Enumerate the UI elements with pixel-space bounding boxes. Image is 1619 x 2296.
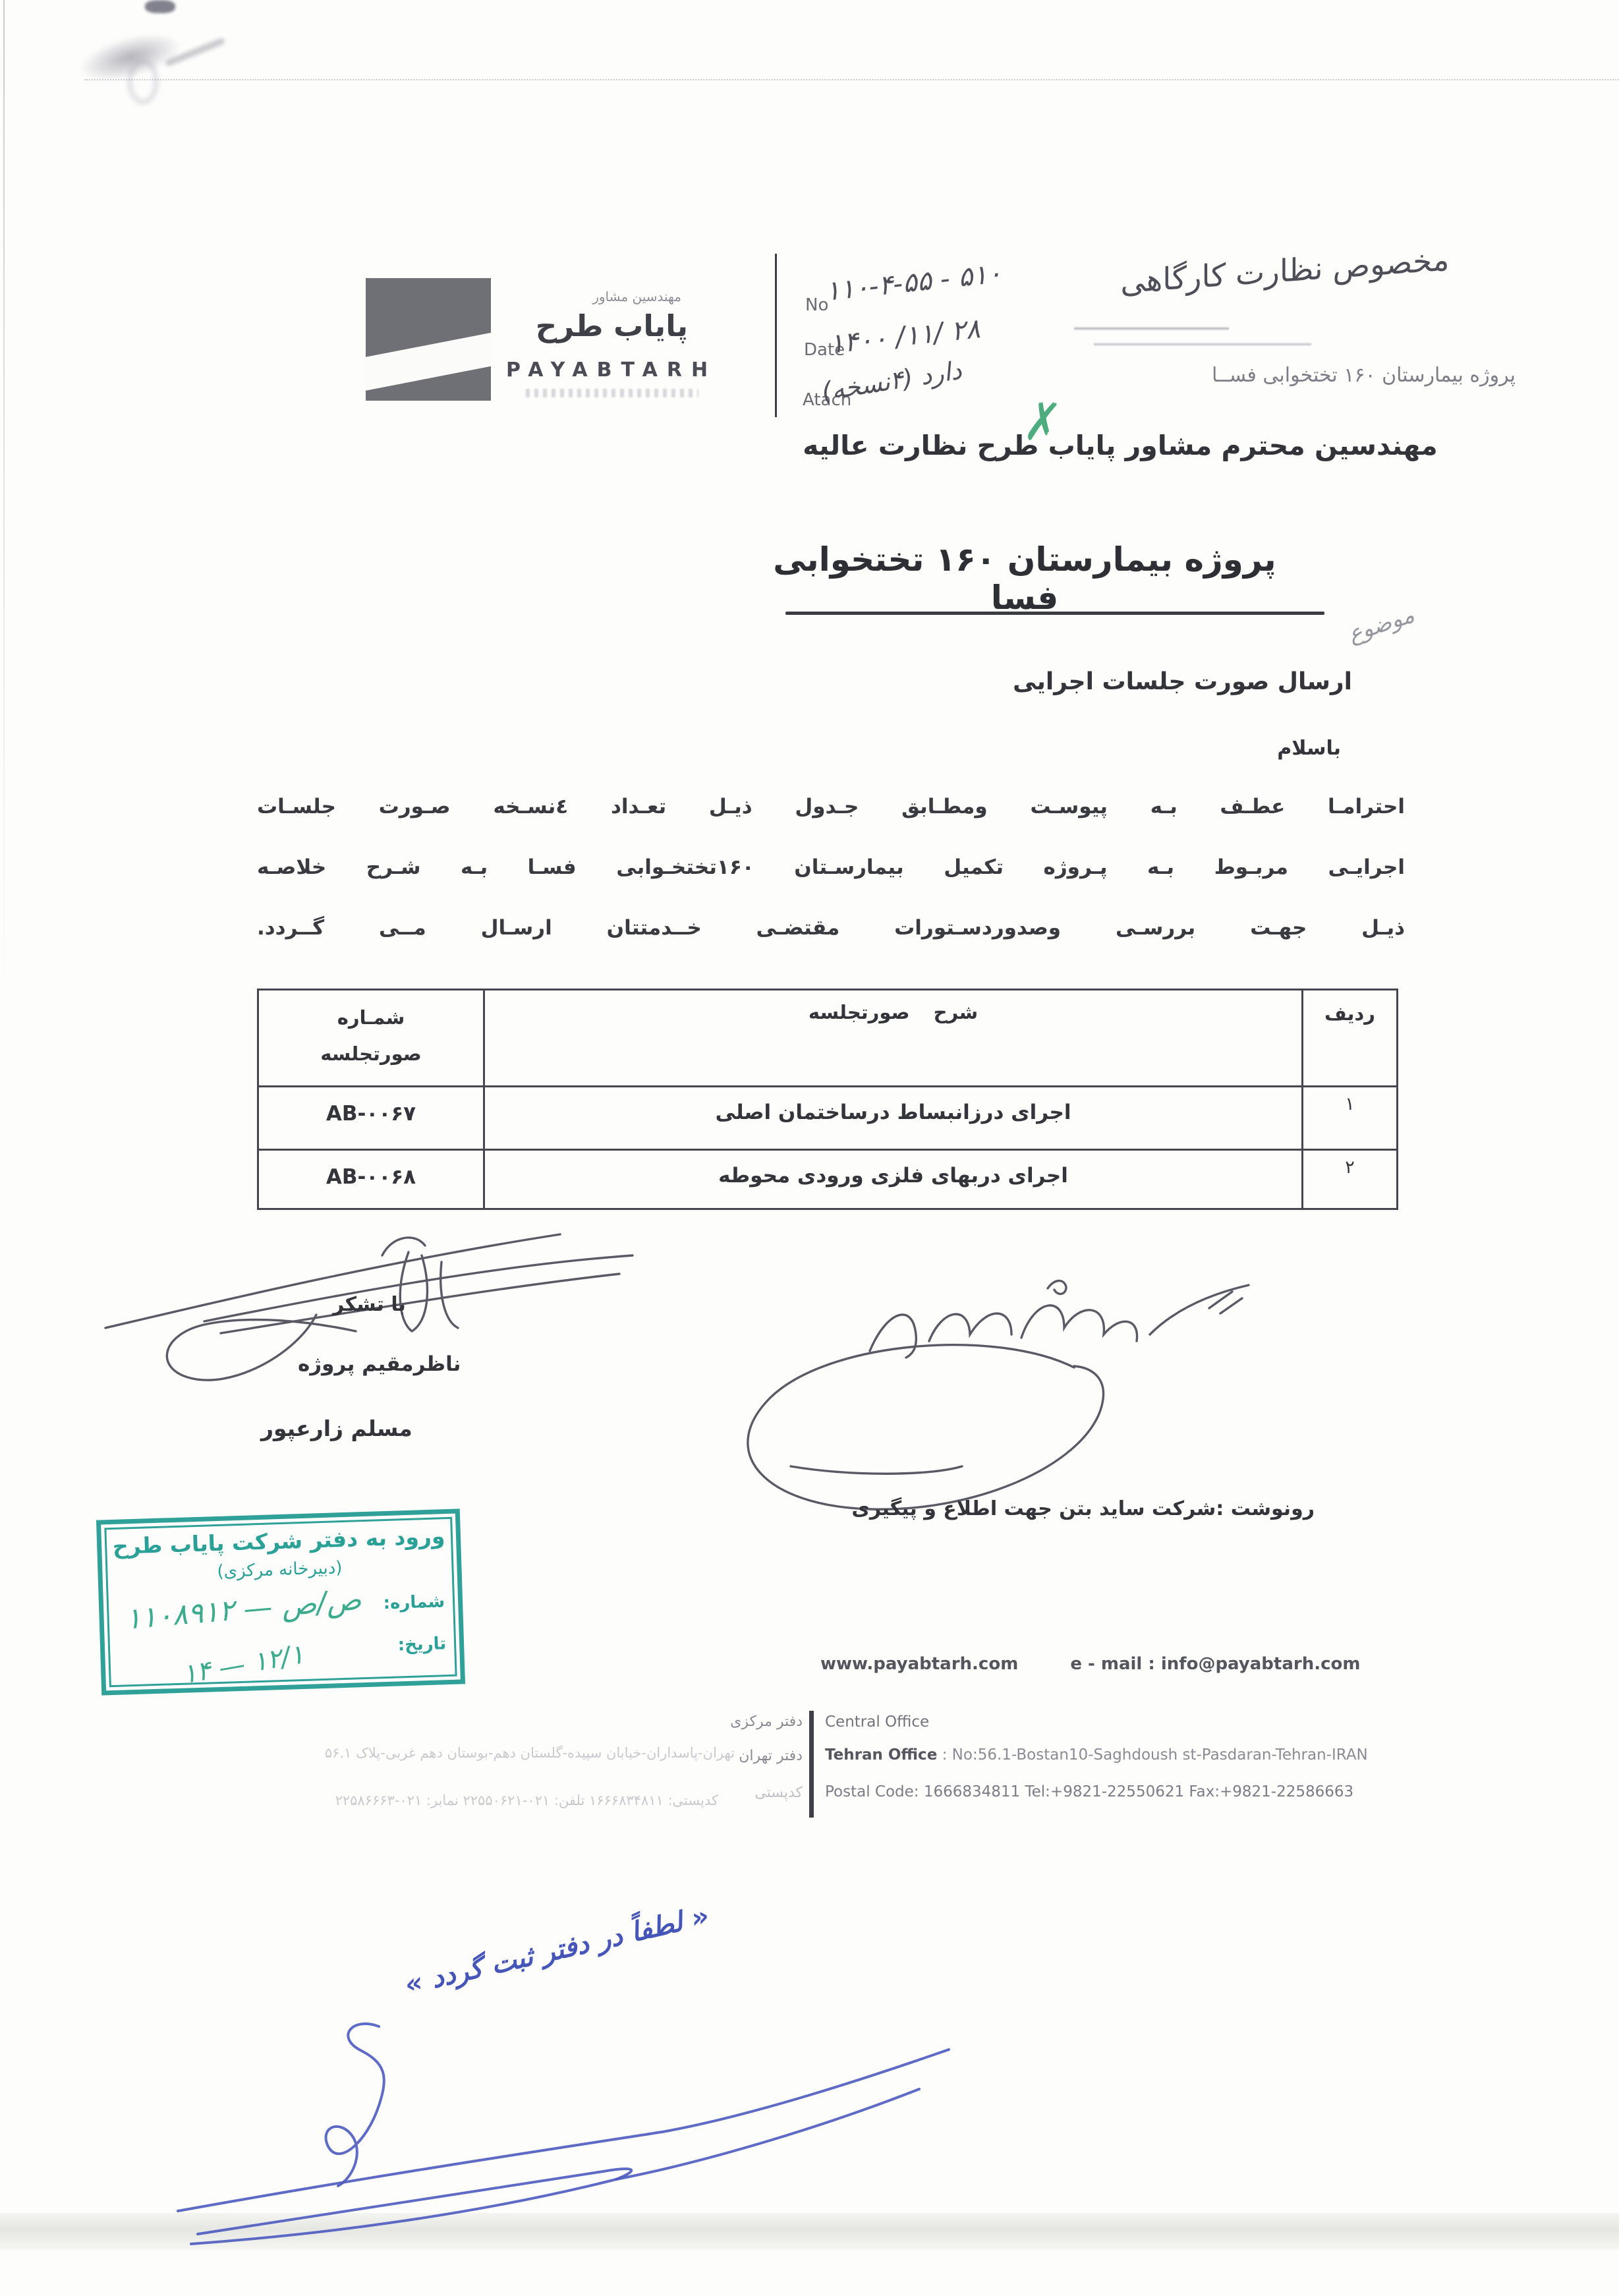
body-line: ذیـل جهـت بررسـی وصدوردسـتورات مقتضـی خـ… bbox=[257, 916, 1405, 940]
no-field-value: ۱۱۰-۴-۵۵ - ۵۱۰ bbox=[824, 257, 1003, 307]
address-fa-faint: تهران-پاسداران-خیابان سپیده-گلستان دهم-ب… bbox=[310, 1745, 735, 1761]
header-minutes-number-line2: صورتجلسه bbox=[259, 1036, 483, 1072]
stamp-number-label: شماره: bbox=[383, 1592, 445, 1613]
scanned-letter-page: مهندسین مشاور پایاب طرح PAYABTARH No ۱۱۰… bbox=[0, 0, 1619, 2296]
attach-field-value: دارد (۴نسخه) bbox=[820, 356, 964, 407]
cc-line: رونوشت :شرکت ساید بتن جهت اطلاع و پیگیری bbox=[851, 1497, 1315, 1520]
table-row: ۲ اجرای دربهای فلزی ورودی محوطه AB-۰۰۶۸ bbox=[259, 1149, 1396, 1208]
subject-line: ارسال صورت جلسات اجرایی bbox=[1013, 668, 1352, 695]
tehran-office-fa: دفتر تهران bbox=[739, 1748, 803, 1764]
header-description: شرح صورتجلسه bbox=[483, 990, 1301, 1085]
header-minutes-number-line1: شمـاره bbox=[259, 1000, 483, 1036]
footer-web-row: www.payabtarh.com e - mail : info@payabt… bbox=[820, 1654, 1360, 1674]
payabtarh-logo-icon bbox=[366, 278, 491, 401]
project-title: پروژه بیمارستان ۱۶۰ تختخوابی فسا bbox=[751, 540, 1298, 617]
signer-name: مسلم زارعپور bbox=[261, 1416, 412, 1441]
table-row: ۱ اجرای درزانبساط درساختمان اصلی AB-۰۰۶۷ bbox=[259, 1085, 1396, 1149]
central-office-fa: دفتر مرکزی bbox=[730, 1713, 803, 1730]
faint-dash bbox=[1074, 328, 1229, 330]
header-row-number: ردیف bbox=[1301, 990, 1396, 1085]
brand-name-fa: پایاب طرح bbox=[536, 308, 688, 343]
scan-dotted-line bbox=[84, 79, 1619, 80]
row-number: ۲ bbox=[1301, 1151, 1396, 1208]
body-line: احترامـا عطـف بـه پیوسـت ومطـابق جـدول ذ… bbox=[257, 795, 1405, 818]
table-header-row: ردیف شرح صورتجلسه شمـاره صورتجلسه bbox=[259, 990, 1396, 1085]
brand-tagline: مهندسین مشاور bbox=[592, 289, 681, 304]
minutes-table: ردیف شرح صورتجلسه شمـاره صورتجلسه ۱ اجرا… bbox=[257, 989, 1398, 1210]
supervisor-signature bbox=[652, 1249, 1285, 1532]
brand-fineprint-illegible bbox=[526, 389, 698, 397]
footer-divider-bar bbox=[809, 1711, 814, 1818]
signer-role: ناظرمقیم پروژه bbox=[298, 1352, 461, 1376]
salutation: باسلام bbox=[1277, 737, 1341, 760]
scan-edge-line bbox=[3, 0, 5, 989]
scan-smudge bbox=[145, 0, 175, 13]
clerk-signature-blue bbox=[161, 2013, 985, 2251]
central-office-en: Central Office bbox=[825, 1713, 929, 1731]
postal-tel-fax-row: Postal Code: 1666834811 Tel:+9821-225506… bbox=[825, 1783, 1353, 1800]
row-minutes-number: AB-۰۰۶۷ bbox=[259, 1087, 483, 1149]
letterhead-divider bbox=[775, 254, 777, 417]
letterhead-project-line: پروژه بیمارستان ۱۶۰ تختخوابی فســا bbox=[1212, 364, 1516, 387]
email-text: e - mail : info@payabtarh.com bbox=[1070, 1654, 1360, 1674]
entry-stamp: ورود به دفتر شرکت پایاب طرح (دبیرخانه مر… bbox=[96, 1508, 465, 1695]
row-number: ۱ bbox=[1301, 1087, 1396, 1149]
row-minutes-number: AB-۰۰۶۸ bbox=[259, 1151, 483, 1208]
date-field-value: ۱۴۰۰ /۱۱/ ۲۸ bbox=[828, 312, 982, 360]
logo-swoosh-shape bbox=[366, 333, 491, 391]
tehran-office-address: : No:56.1-Bostan10-Saghdoush st-Pasdaran… bbox=[937, 1746, 1367, 1764]
blue-handwritten-note: « لطفاً در دفتر ثبت گردد » bbox=[345, 1887, 769, 2014]
recipient-heading: مهندسین محترم مشاور پایاب طرح نظارت عالی… bbox=[758, 430, 1483, 461]
header-minutes-number: شمـاره صورتجلسه bbox=[259, 990, 483, 1085]
handwritten-site-note: مخصوص نظارت کارگاهی bbox=[1055, 237, 1515, 306]
row-description: اجرای درزانبساط درساختمان اصلی bbox=[483, 1087, 1301, 1149]
handwritten-subject-word: موضوع bbox=[1345, 602, 1417, 648]
thanks-label: با تشکر bbox=[333, 1293, 406, 1316]
postal-label-fa: کدپستی bbox=[754, 1785, 803, 1801]
stamp-date-label: تاریخ: bbox=[397, 1634, 446, 1655]
tehran-office-en: Tehran Office bbox=[825, 1746, 937, 1764]
brand-name-en: PAYABTARH bbox=[506, 359, 717, 382]
website-text: www.payabtarh.com bbox=[820, 1654, 1018, 1674]
faint-dash bbox=[1094, 343, 1311, 345]
row-description: اجرای دربهای فلزی ورودی محوطه bbox=[483, 1151, 1301, 1208]
scan-smudge bbox=[128, 59, 158, 104]
no-field-label: No bbox=[805, 295, 828, 315]
body-line: اجرایـی مربـوط بـه پـروژه تکمیل بیمارسـت… bbox=[257, 855, 1405, 879]
contact-fa-faint: کدپستی: ۱۶۶۶۸۳۴۸۱۱ تلفن: ۰۲۱-۲۲۵۵۰۶۲۱ نم… bbox=[300, 1793, 718, 1808]
tehran-office-row: Tehran Office : No:56.1-Bostan10-Saghdou… bbox=[825, 1746, 1368, 1764]
title-underline bbox=[785, 612, 1324, 615]
